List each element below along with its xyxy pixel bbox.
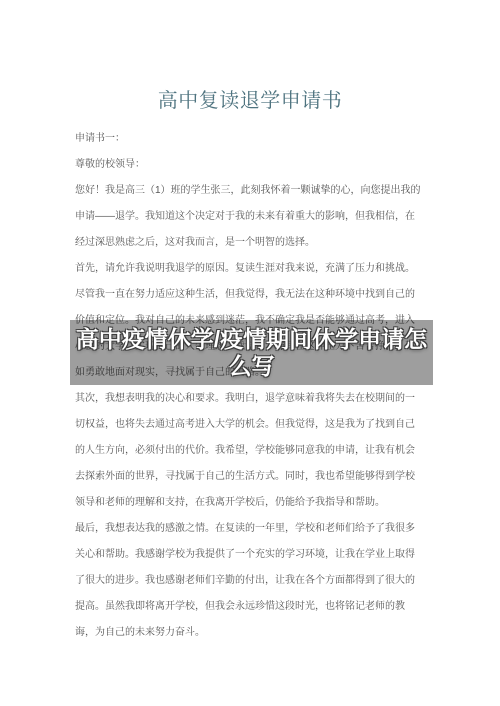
text-line: 的人生方向，必须付出的代价。我希望，学校能够同意我的申请，让我有机会 bbox=[75, 438, 427, 464]
text-line: 尊敬的校领导： bbox=[75, 152, 427, 178]
text-line: 申请书一： bbox=[75, 126, 427, 152]
text-line: 首先，请允许我说明我退学的原因。复读生涯对我来说，充满了压力和挑战。 bbox=[75, 256, 427, 282]
text-line: 最后，我想表达我的感激之情。在复读的一年里，学校和老师们给予了我很多 bbox=[75, 516, 427, 542]
text-line: 去探索外面的世界，寻找属于自己的生活方式。同时，我也希望能够得到学校 bbox=[75, 464, 427, 490]
text-line: 其次，我想表明我的决心和要求。我明白，退学意味着我将失去在校期间的一 bbox=[75, 386, 427, 412]
text-line: 切权益，也将失去通过高考进入大学的机会。但我觉得，这是我为了找到自己 bbox=[75, 412, 427, 438]
text-line: 尽管我一直在努力适应这种生活，但我觉得，我无法在这种环境中找到自己的 bbox=[75, 282, 427, 308]
text-line: 您好！我是高三（1）班的学生张三，此刻我怀着一颗诚挚的心，向您提出我的 bbox=[75, 178, 427, 204]
article-title: 高中复读退学申请书 bbox=[0, 84, 500, 113]
text-line: 关心和帮助。我感谢学校为我提供了一个充实的学习环境，让我在学业上取得 bbox=[75, 542, 427, 568]
document-page: 高中复读退学申请书 申请书一： 尊敬的校领导： 您好！我是高三（1）班的学生张三… bbox=[0, 0, 500, 706]
article-body: 申请书一： 尊敬的校领导： 您好！我是高三（1）班的学生张三，此刻我怀着一颗诚挚… bbox=[75, 126, 427, 646]
text-line: 诲，为自己的未来努力奋斗。 bbox=[75, 620, 427, 646]
text-line: 经过深思熟虑之后，这对我而言，是一个明智的选择。 bbox=[75, 230, 427, 256]
overlay-banner: 高中疫情休学/疫情期间休学申请怎 么写 bbox=[70, 320, 433, 385]
overlay-title-line-1: 高中疫情休学/疫情期间休学申请怎 bbox=[76, 326, 427, 353]
text-line: 提高。虽然我即将离开学校，但我会永远珍惜这段时光，也将铭记老师的教 bbox=[75, 594, 427, 620]
text-line: 申请——退学。我知道这个决定对于我的未来有着重大的影响，但我相信，在 bbox=[75, 204, 427, 230]
text-line: 了很大的进步。我也感谢老师们辛勤的付出，让我在各个方面都得到了很大的 bbox=[75, 568, 427, 594]
overlay-title-line-2: 么写 bbox=[229, 353, 275, 380]
text-line: 领导和老师的理解和支持，在我离开学校后，仍能给予我指导和帮助。 bbox=[75, 490, 427, 516]
